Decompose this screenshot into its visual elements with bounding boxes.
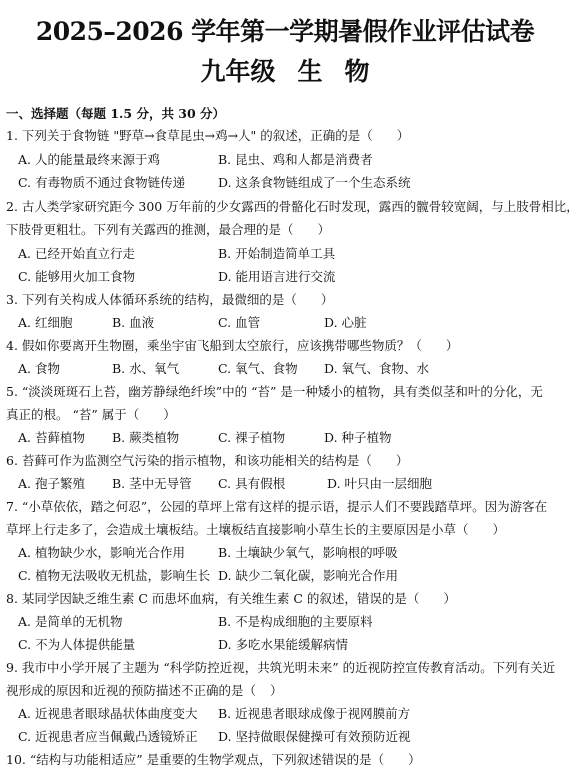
q8-option-a: A. 是简单的无机物 (18, 612, 122, 630)
q8-option-b: B. 不是构成细胞的主要原料 (218, 612, 373, 630)
q6-option-c: C. 具有假根 (218, 474, 285, 492)
question-9-line-1: 9. 我市中小学开展了主题为 “科学防控近视，共筑光明未来” 的近视防控宣传教育… (6, 658, 555, 676)
exam-title: 2025–2026 学年第一学期暑假作业评估试卷 (0, 12, 570, 48)
question-5-line-2: 真正的根。 “苔” 属于（） (6, 405, 176, 423)
question-4: 4. 假如你要离开生物圈，乘坐宇宙飞船到太空旅行，应该携带哪些物质？（） (6, 336, 458, 354)
q6-option-b: B. 茎中无导管 (112, 474, 192, 492)
q8-option-d: D. 多吃水果能缓解病情 (218, 635, 348, 653)
question-2-line-2: 下肢骨更粗壮。下列有关露西的推测，最合理的是（） (6, 220, 330, 238)
q3-option-a: A. 红细胞 (18, 313, 72, 331)
q7-option-a: A. 植物缺少水，影响光合作用 (18, 543, 185, 561)
q9-option-b: B. 近视患者眼球成像于视网膜前方 (218, 704, 410, 722)
question-5-line-1: 5. “淡淡斑斑石上苔，幽芳静绿绝纤埃”中的 “苔” 是一种矮小的植物，具有类似… (6, 382, 543, 400)
subject-char-2: 物 (345, 57, 370, 86)
question-9-line-2: 视形成的原因和近视的预防描述不正确的是（） (6, 681, 283, 699)
question-7-line-2: 草坪上行走多了，会造成土壤板结。土壤板结直接影响小草生长的主要原因是小草（） (6, 520, 505, 538)
subject-char-1: 生 (297, 57, 322, 86)
q7-option-c: C. 植物无法吸收无机盐，影响生长 (18, 566, 210, 584)
q3-option-d: D. 心脏 (324, 313, 367, 331)
q4-option-c: C. 氧气、食物 (218, 359, 298, 377)
q2-option-b: B. 开始制造简单工具 (218, 244, 335, 262)
q4-option-b: B. 水、氧气 (112, 359, 179, 377)
q5-option-d: D. 种子植物 (324, 428, 392, 446)
grade-label: 九年级 (200, 57, 275, 86)
section-heading: 一、选择题（每题 1.5 分，共 30 分） (6, 104, 225, 122)
q1-option-a: A. 人的能量最终来源于鸡 (18, 150, 160, 168)
question-8: 8. 某同学因缺乏维生素 C 而患坏血病，有关维生素 C 的叙述，错误的是（） (6, 589, 456, 607)
question-7-line-1: 7. “小草依依，踏之何忍”，公园的草坪上常有这样的提示语，提示人们不要践踏草坪… (6, 497, 547, 515)
q5-option-b: B. 蕨类植物 (112, 428, 179, 446)
question-1: 1. 下列关于食物链 "野草→食草昆虫→鸡→人" 的叙述，正确的是（） (6, 126, 409, 144)
q4-option-d: D. 氧气、食物、水 (324, 359, 429, 377)
q2-option-c: C. 能够用火加工食物 (18, 267, 135, 285)
q1-option-c: C. 有毒物质不通过食物链传递 (18, 173, 185, 191)
q7-option-b: B. 土壤缺少氧气，影响根的呼吸 (218, 543, 398, 561)
q9-option-a: A. 近视患者眼球晶状体曲度变大 (18, 704, 197, 722)
q5-option-c: C. 裸子植物 (218, 428, 285, 446)
q3-option-c: C. 血管 (218, 313, 260, 331)
q9-option-c: C. 近视患者应当佩戴凸透镜矫正 (18, 727, 198, 745)
question-2-line-1: 2. 古人类学家研究距今 300 万年前的少女露西的骨骼化石时发现，露西的髋骨较… (6, 197, 570, 215)
q1-option-b: B. 昆虫、鸡和人都是消费者 (218, 150, 373, 168)
question-6: 6. 苔藓可作为监测空气污染的指示植物，和该功能相关的结构是（） (6, 451, 408, 469)
q4-option-a: A. 食物 (18, 359, 60, 377)
q6-option-a: A. 孢子繁殖 (18, 474, 85, 492)
q2-option-d: D. 能用语言进行交流 (218, 267, 336, 285)
q5-option-a: A. 苔藓植物 (18, 428, 85, 446)
q2-option-a: A. 已经开始直立行走 (18, 244, 135, 262)
q7-option-d: D. 缺少二氧化碳，影响光合作用 (218, 566, 398, 584)
q6-option-d: D. 叶只由一层细胞 (327, 474, 432, 492)
question-3: 3. 下列有关构成人体循环系统的结构，最微细的是（） (6, 290, 333, 308)
q3-option-b: B. 血液 (112, 313, 154, 331)
q8-option-c: C. 不为人体提供能量 (18, 635, 135, 653)
exam-page: 2025–2026 学年第一学期暑假作业评估试卷 九年级生物 一、选择题（每题 … (0, 0, 570, 775)
q1-option-d: D. 这条食物链组成了一个生态系统 (218, 173, 411, 191)
q9-option-d: D. 坚持做眼保健操可有效预防近视 (218, 727, 411, 745)
question-10: 10. “结构与功能相适应” 是重要的生物学观点，下列叙述错误的是（） (6, 750, 421, 768)
exam-subtitle: 九年级生物 (0, 52, 570, 88)
